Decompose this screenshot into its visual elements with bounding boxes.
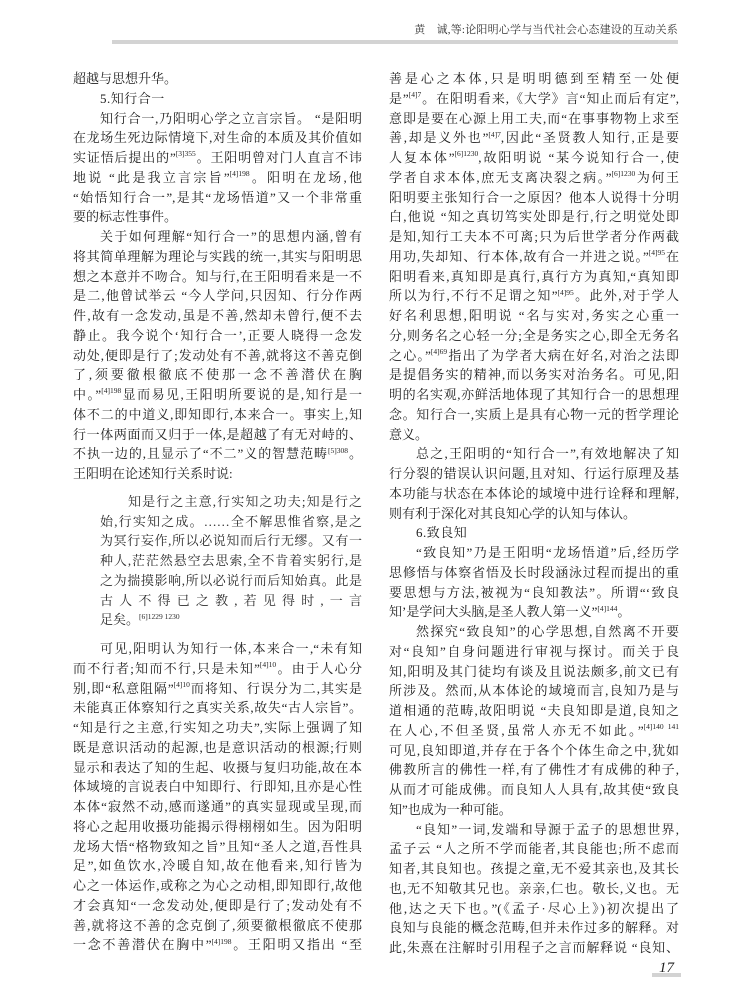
paragraph: 善是心之本体,只是明明德到至精至一处便是”[4]7。在阳明看来,《大学》言“知止… (389, 69, 679, 444)
text-line: 道相通的范畴,故阳明说 “夫良知即是道,良知之 (389, 701, 679, 721)
text-line: 超越与思想升华。 (73, 69, 362, 89)
text-line: 将其简单理解为理论与实践的统一,其实与阳明思 (73, 247, 362, 267)
text-line: 足”,如鱼饮水,冷暖自知,故在他看来,知行皆为 (73, 856, 362, 876)
text-line: “致良知”乃是王阳明“龙场悟道”后,经历学 (389, 543, 679, 563)
text-line: 本体“寂然不动,感而遂通”的真实显现或呈现,而 (73, 797, 362, 817)
text-line: 思修悟与体察省悟及长时段涵泳过程而提出的重 (389, 563, 679, 583)
text-line: 佛教所言的佛性一样,有了佛性才有成佛的种子, (389, 760, 679, 780)
citation-superscript: [6]1230 (455, 149, 479, 158)
text-line: 良知与良能的概念范畴,但并未作过多的解释。对 (389, 918, 679, 938)
text-line: 可见,阳明认为知行一体,本来合一,“未有知 (73, 639, 362, 659)
text-line: 未能真正体察知行之真实关系,故失“古人宗旨”。 (73, 698, 362, 718)
text-line: 一念不善潜伏在胸中”[4]198。王阳明又指出 “至 (73, 935, 362, 955)
text-line: 则有利于深化对其良知心学的认知与体认。 (389, 504, 679, 524)
text-line: 静止。我今说个‘知行合一’,正要人晓得一念发 (73, 326, 362, 346)
text-line: 可见,良知即道,并存在于各个个体生命之中,犹如 (389, 741, 679, 761)
paragraph: 超越与思想升华。 (73, 69, 362, 89)
text-line: 之为揣摸影响,所以必说行而后知始真。此是 (100, 571, 362, 591)
text-line: 5.知行合一 (73, 89, 362, 109)
text-line: 意即是要在心源上用工夫,而“在事事物物上求至 (389, 109, 679, 129)
citation-superscript: [4]198 (230, 169, 250, 178)
text-line: 件,故有一念发动,虽是不善,然却未曾行,便不去 (73, 306, 362, 326)
text-line: 了,须要徹根徹底不使那一念不善潜伏在胸 (73, 365, 362, 385)
text-line: 总之,王阳明的“知行合一”,有效地解决了知 (389, 444, 679, 464)
text-line: 是提倡务实的精神,而以务实对治务名。可见,阳 (389, 365, 679, 385)
text-line: 中。”[4]198显而易见,王阳明所要说的是,知行是一 (73, 385, 362, 405)
citation-superscript: [4]69 (431, 347, 447, 356)
page-number: 17 (652, 960, 681, 976)
text-line: 知,阳明及其门徒均有谈及且说法颇多,前文已有 (389, 662, 679, 682)
text-line: 知者,其良知也。孩提之童,无不爱其亲也,及其长 (389, 859, 679, 879)
text-line: 心之一体运作,或称之为心之动相,即知即行,故他 (73, 876, 362, 896)
paragraph: “良知”一词,发端和导源于孟子的思想世界,孟子云 “人之所不学而能者,其良能也;… (389, 820, 679, 958)
text-line: 知’是学问大头脑,是圣人教人第一义”[4]144。 (389, 602, 679, 622)
text-line: 始,行实知之成。……全不解思惟省察,是之 (100, 512, 362, 532)
text-line: 别,即“私意阻隔”[4]10而将知、行误分为二,其实是 (73, 679, 362, 699)
text-line: 古人不得已之教,若见得时,一言 (100, 591, 362, 611)
paragraph: 知行合一,乃阳明心学之立言宗旨。 “是阳明在龙场生死边际情境下,对生命的本质及其… (73, 109, 362, 228)
text-line: 白,他说 “知之真切笃实处即是行,行之明觉处即 (389, 207, 679, 227)
text-line: 是知,知行工夫本不可离;只为后世学者分作两截 (389, 227, 679, 247)
block-quote: 知是行之主意,行实知之功夫;知是行之始,行实知之成。……全不解思惟省察,是之为冥… (73, 492, 362, 630)
text-line: 用功,失却知、行本体,故有合一并进之说。”[4]95在 (389, 247, 679, 267)
journal-page: 黄 诚,等:论阳明心学与当代社会心态建设的互动关系 超越与思想升华。5.知行合一… (0, 0, 750, 1000)
citation-superscript: [4]95 (649, 248, 665, 257)
citation-superscript: [6]1230 (612, 169, 636, 178)
paragraph: “致良知”乃是王阳明“龙场悟道”后,经历学思修悟与体察省悟及长时段涵泳过程而提出… (389, 543, 679, 622)
text-line: 龙场大悟“格物致知之旨”且知“圣人之道,吾性具 (73, 837, 362, 857)
text-line: 地说 “此是我立言宗旨”[4]198。阳明在龙场,他 (73, 168, 362, 188)
text-line: 从而才可能成佛。而良知人人具有,故其使“致良 (389, 780, 679, 800)
text-line: 体域境的言说表白中知即行、行即知,且亦是心性 (73, 777, 362, 797)
text-line: 阳明要主张知行合一之原因？他本人说得十分明 (389, 188, 679, 208)
text-line: 孟子云 “人之所不学而能者,其良能也;所不虑而 (389, 839, 679, 859)
text-line: 然探究“致良知”的心学思想,自然离不开要 (389, 622, 679, 642)
text-line: 6.致良知 (389, 523, 679, 543)
text-line: 足矣。[6]1229 1230 (100, 610, 362, 630)
text-line: 善,却是义外也”[4]7,因此“圣贤教人知行,正是要 (389, 128, 679, 148)
citation-superscript: [4]144 (597, 604, 617, 613)
text-line: 是二,他曾试举云 “今人学问,只因知、行分作两 (73, 286, 362, 306)
citation-superscript: [3]355 (176, 149, 196, 158)
citation-superscript: [4]140 141 (644, 722, 679, 731)
citation-superscript: [5]308 (328, 446, 348, 455)
text-line: 在龙场生死边际情境下,对生命的本质及其价值如 (73, 128, 362, 148)
text-line: 既是意识活动的起源,也是意识活动的根源;行则 (73, 738, 362, 758)
text-line: 体不二的中道义,即知即行,本来合一。事实上,知 (73, 405, 362, 425)
text-line: 在人心,不但圣贤,虽常人亦无不如此。”[4]140 141 (389, 721, 679, 741)
text-line: “良知”一词,发端和导源于孟子的思想世界, (389, 820, 679, 840)
citation-superscript: [4]95 (558, 288, 574, 297)
text-line: 王阳明在论述知行关系时说: (73, 464, 362, 484)
section-heading: 5.知行合一 (73, 89, 362, 109)
text-line: 好名利思想,阳明说 “名与实对,务实之心重一 (389, 306, 679, 326)
text-line: 知”也成为一种可能。 (389, 800, 679, 820)
text-line: 他,达之天下也。”(《孟子·尽心上》)初次提出了 (389, 899, 679, 919)
text-line: 知行合一,乃阳明心学之立言宗旨。 “是阳明 (73, 109, 362, 129)
text-line: 才会真知“一念发动处,便即是行了;发动处有不 (73, 896, 362, 916)
text-line: 是”[4]7。在阳明看来,《大学》言“知止而后有定”, (389, 89, 679, 109)
citation-superscript: [4]10 (174, 680, 190, 689)
text-line: 人复本体”[6]1230,故阳明说 “某今说知行合一,使 (389, 148, 679, 168)
text-line: 种人,茫茫然悬空去思索,全不肯着实躬行,是 (100, 551, 362, 571)
paragraph: 关于如何理解“知行合一”的思想内涵,曾有将其简单理解为理论与实践的统一,其实与阳… (73, 227, 362, 484)
text-line: 阳明看来,真知即是真行,真行方为真知,“真知即 (389, 267, 679, 287)
text-line: 实证悟后提出的”[3]355。王阳明曾对门人直言不讳 (73, 148, 362, 168)
text-line: 不执一边的,且显示了“不二”义的智慧范畴[5]308。 (73, 444, 362, 464)
citation-superscript: [4]198 (212, 937, 232, 946)
text-line: 而不行者;知而不行,只是未知”[4]10。由于人心分 (73, 659, 362, 679)
citation-superscript: [4]7 (488, 130, 501, 139)
text-line: 所以为行,不行不足谓之知”[4]95。此外,对于学人 (389, 286, 679, 306)
running-header: 黄 诚,等:论阳明心学与当代社会心态建设的互动关系 (112, 22, 678, 38)
text-line: 要的标志性事件。 (73, 207, 362, 227)
text-line: 显示和表达了知的生起、收摄与复归功能,故在本 (73, 758, 362, 778)
text-line: 行分裂的错误认识问题,且对知、行运行原理及基 (389, 464, 679, 484)
citation-superscript: [4]10 (260, 660, 276, 669)
header-rule (112, 40, 678, 44)
text-line: 此,朱熹在注解时引用程子之言而解释说 “良知、 (389, 938, 679, 958)
citation-superscript: [6]1229 1230 (139, 612, 180, 621)
text-line: 要思想与方法,被视为“良知教法”。所谓“‘致良 (389, 583, 679, 603)
text-line: 学者自求本体,庶无支离决裂之病。”[6]1230为何王 (389, 168, 679, 188)
section-heading: 6.致良知 (389, 523, 679, 543)
paragraph: 然探究“致良知”的心学思想,自然离不开要对“良知”自身问题进行审视与探讨。而关于… (389, 622, 679, 820)
text-line: 为冥行妄作,所以必说知而后行无缪。又有一 (100, 531, 362, 551)
text-line: “始悟知行合一”,是其“龙场悟道”又一个非常重 (73, 188, 362, 208)
text-line: 关于如何理解“知行合一”的思想内涵,曾有 (73, 227, 362, 247)
text-line: 善是心之本体,只是明明德到至精至一处便 (389, 69, 679, 89)
citation-superscript: [4]7 (409, 90, 422, 99)
text-line: 善,就将这不善的念克倒了,须要徹根徹底不使那 (73, 916, 362, 936)
text-line: 之心。”[4]69指出了为学者大病在好名,对治之法即 (389, 346, 679, 366)
text-line: 本功能与状态在本体论的域境中进行诠释和理解, (389, 484, 679, 504)
text-line: 知是行之主意,行实知之功夫;知是行之 (100, 492, 362, 512)
text-line: 对“良知”自身问题进行审视与探讨。而关于良 (389, 642, 679, 662)
text-line: 念。知行合一,实质上是具有心物一元的哲学理论 (389, 405, 679, 425)
paragraph: 总之,王阳明的“知行合一”,有效地解决了知行分裂的错误认识问题,且对知、行运行原… (389, 444, 679, 523)
left-column: 超越与思想升华。5.知行合一知行合一,乃阳明心学之立言宗旨。 “是阳明在龙场生死… (73, 69, 362, 955)
right-column: 善是心之本体,只是明明德到至精至一处便是”[4]7。在阳明看来,《大学》言“知止… (389, 69, 679, 958)
text-line: 动处,便即是行了;发动处有不善,就将这不善克倒 (73, 346, 362, 366)
citation-superscript: [4]198 (101, 386, 121, 395)
text-line: 将心之起用收摄功能揭示得栩栩如生。因为阳明 (73, 817, 362, 837)
text-line: 想之本意并不吻合。知与行,在王阳明看来是一不 (73, 267, 362, 287)
text-line: 行一体两面而又归于一体,是超越了有无对峙的、 (73, 425, 362, 445)
text-line: 明的名实观,亦鲜活地体现了其知行合一的思想理 (389, 385, 679, 405)
text-line: 分,则务名之心轻一分;全是务实之心,即全无务名 (389, 326, 679, 346)
text-line: “知是行之主意,行实知之功夫”,实际上强调了知 (73, 718, 362, 738)
text-line: 所涉及。然而,从本体论的域境而言,良知乃是与 (389, 681, 679, 701)
text-line: 也,无不知敬其兄也。亲亲,仁也。敬长,义也。无 (389, 879, 679, 899)
text-line: 意义。 (389, 425, 679, 445)
paragraph: 可见,阳明认为知行一体,本来合一,“未有知而不行者;知而不行,只是未知”[4]1… (73, 639, 362, 955)
